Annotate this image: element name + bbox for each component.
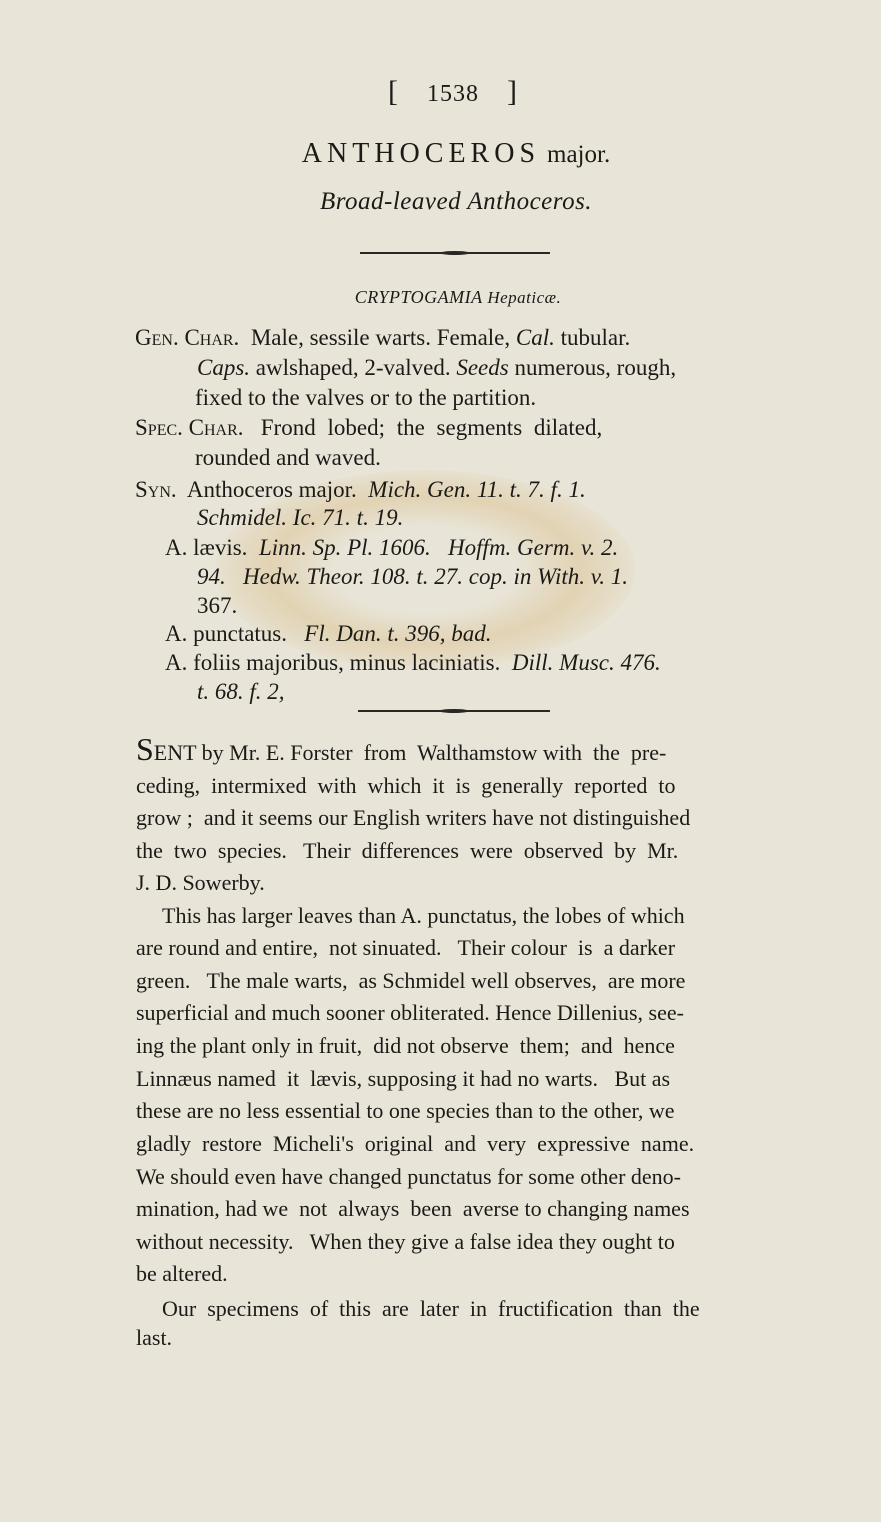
gen-char-line-1: Gen. Char. Male, sessile warts. Female, … — [135, 323, 630, 353]
syn-line-1: Syn. Anthoceros major. Mich. Gen. 11. t.… — [135, 475, 586, 505]
syn-line-7: A. foliis majoribus, minus laciniatis. D… — [165, 648, 661, 678]
syn-line-4: 94. Hedw. Theor. 108. t. 27. cop. in Wit… — [197, 562, 628, 592]
text-run: ENT by Mr. E. Forster from Walthamstow w… — [154, 740, 667, 765]
divider-rule — [358, 710, 550, 712]
classification: CRYPTOGAMIA Hepaticæ. — [0, 287, 881, 308]
spec-char-line-2: rounded and waved. — [195, 443, 381, 473]
paragraph-2-line-5: ing the plant only in fruit, did not obs… — [136, 1030, 675, 1063]
syn-line-3: A. lævis. Linn. Sp. Pl. 1606. Hoffm. Ger… — [165, 533, 618, 563]
divider-rule — [360, 252, 550, 254]
paragraph-1-line-2: ceding, intermixed with which it is gene… — [136, 770, 675, 803]
gen-char-line-3: fixed to the valves or to the partition. — [195, 383, 536, 413]
paragraph-3-line-2: last. — [136, 1322, 172, 1355]
paragraph-2-line-7: these are no less essential to one speci… — [136, 1095, 675, 1128]
synonym-ref: Linn. Sp. Pl. 1606. Hoffm. Germ. v. 2. — [259, 535, 618, 560]
paragraph-2-line-8: gladly restore Micheli's original and ve… — [136, 1128, 694, 1161]
order-name: Hepaticæ. — [487, 288, 561, 307]
paragraph-2-line-3: green. The male warts, as Schmidel well … — [136, 965, 685, 998]
species-name: major. — [547, 141, 610, 168]
paragraph-2-line-2: are round and entire, not sinuated. Thei… — [136, 932, 675, 965]
syn-line-8: t. 68. f. 2, — [197, 677, 285, 707]
syn-line-5: 367. — [197, 591, 237, 621]
text-run: awlshaped, 2-valved. — [250, 355, 456, 380]
syn-label: Syn. — [135, 477, 177, 502]
drop-cap: S — [136, 731, 154, 767]
gen-char-line-2: Caps. awlshaped, 2-valved. Seeds numerou… — [197, 353, 676, 383]
synonym-name: A. lævis. — [165, 535, 247, 560]
paragraph-2-line-9: We should even have changed punctatus fo… — [136, 1161, 681, 1194]
synonym-name: A. punctatus. — [165, 621, 287, 646]
genus-name: ANTHOCEROS — [302, 138, 540, 169]
syn-line-6: A. punctatus. Fl. Dan. t. 396, bad. — [165, 619, 491, 649]
page-title: ANTHOCEROS major. — [0, 138, 881, 170]
text-run: Seeds — [456, 355, 508, 380]
paragraph-2-line-4: superficial and much sooner obliterated.… — [136, 997, 684, 1030]
paragraph-2-line-12: be altered. — [136, 1258, 228, 1291]
class-name: CRYPTOGAMIA — [355, 287, 483, 307]
text-run: numerous, rough, — [509, 355, 676, 380]
paragraph-2-line-1: This has larger leaves than A. punctatus… — [162, 900, 685, 933]
text-run: Male, sessile warts. Female, — [251, 325, 516, 350]
synonym-name: A. foliis majoribus, minus laciniatis. — [165, 650, 500, 675]
syn-line-2: Schmidel. Ic. 71. t. 19. — [197, 503, 403, 533]
synonym-name: Anthoceros major. — [187, 477, 357, 502]
paragraph-3-line-1: Our specimens of this are later in fruct… — [162, 1293, 700, 1326]
page-number-value: 1538 — [427, 81, 479, 107]
text-run: Cal. — [516, 325, 555, 350]
paragraph-1-line-3: grow ; and it seems our English writers … — [136, 802, 690, 835]
synonym-ref: Dill. Musc. 476. — [512, 650, 661, 675]
spec-char-line-1: Spec. Char. Frond lobed; the segments di… — [135, 413, 602, 443]
gen-char-label: Gen. Char. — [135, 325, 239, 350]
spec-char-label: Spec. Char. — [135, 415, 244, 440]
paragraph-2-line-11: without necessity. When they give a fals… — [136, 1226, 675, 1259]
synonym-ref: Mich. Gen. 11. t. 7. f. 1. — [368, 477, 585, 502]
common-name: Broad-leaved Anthoceros. — [0, 188, 881, 216]
text-run: Caps. — [197, 355, 250, 380]
book-page: [1538] ANTHOCEROS major. Broad-leaved An… — [0, 0, 881, 1522]
text-run: Frond lobed; the segments dilated, — [261, 415, 602, 440]
paragraph-1-line-4: the two species. Their differences were … — [136, 835, 678, 868]
paragraph-2-line-10: mination, had we not always been averse … — [136, 1193, 690, 1226]
paragraph-2-line-6: Linnæus named it lævis, supposing it had… — [136, 1063, 670, 1096]
page-number: [1538] — [0, 75, 881, 109]
paragraph-1-line-5: J. D. Sowerby. — [136, 867, 265, 900]
text-run: tubular. — [555, 325, 630, 350]
synonym-ref: Fl. Dan. t. 396, bad. — [304, 621, 491, 646]
paragraph-1-line-1: SENT by Mr. E. Forster from Walthamstow … — [136, 733, 666, 770]
